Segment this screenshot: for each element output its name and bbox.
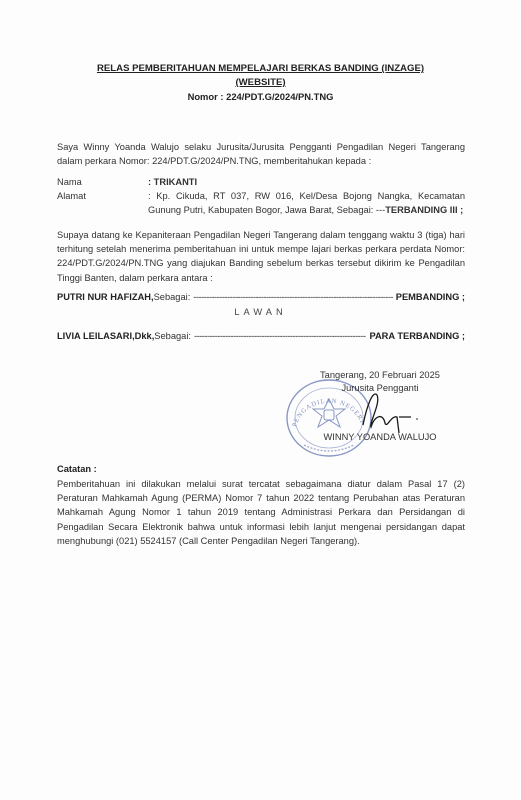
versus-label: LAWAN bbox=[0, 307, 521, 317]
dash-leader: ----------------------------------------… bbox=[193, 292, 393, 302]
party-appellant-name: PUTRI NUR HAFIZAH, bbox=[57, 292, 154, 302]
address-value: : Kp. Cikuda, RT 037, RW 016, Kel/Desa B… bbox=[148, 189, 465, 217]
name-label: Nama bbox=[57, 175, 82, 189]
document-number: Nomor : 224/PDT.G/2024/PN.TNG bbox=[0, 91, 521, 102]
party-appellee-name: LIVIA LEILASARI,Dkk, bbox=[57, 331, 154, 341]
document-subtitle: (WEBSITE) bbox=[0, 77, 521, 88]
note-label: Catatan : bbox=[57, 464, 97, 474]
intro-paragraph: Saya Winny Yoanda Walujo selaku Jurusita… bbox=[57, 140, 465, 168]
document-page: RELAS PEMBERITAHUAN MEMPELAJARI BERKAS B… bbox=[0, 0, 521, 800]
party-appellant: PUTRI NUR HAFIZAH, Sebagai: ------------… bbox=[57, 292, 465, 302]
body-paragraph: Supaya datang ke Kepaniteraan Pengadilan… bbox=[57, 228, 465, 285]
party-appellant-role: PEMBANDING ; bbox=[396, 292, 465, 302]
party-appellee: LIVIA LEILASARI,Dkk, Sebagai: ----------… bbox=[57, 331, 465, 341]
address-role: TERBANDING III ; bbox=[385, 205, 463, 215]
party-appellee-role: PARA TERBANDING ; bbox=[369, 331, 465, 341]
document-title: RELAS PEMBERITAHUAN MEMPELAJARI BERKAS B… bbox=[0, 63, 521, 74]
dash-leader: ----------------------------------------… bbox=[194, 331, 366, 341]
sign-place-date: Tangerang, 20 Februari 2025 bbox=[290, 370, 470, 380]
name-value: : TRIKANTI bbox=[148, 175, 465, 189]
sign-name: WINNY YOANDA WALUJO bbox=[290, 432, 470, 442]
note-paragraph: Pemberitahuan ini dilakukan melalui sura… bbox=[57, 477, 465, 548]
address-label: Alamat bbox=[57, 189, 86, 203]
